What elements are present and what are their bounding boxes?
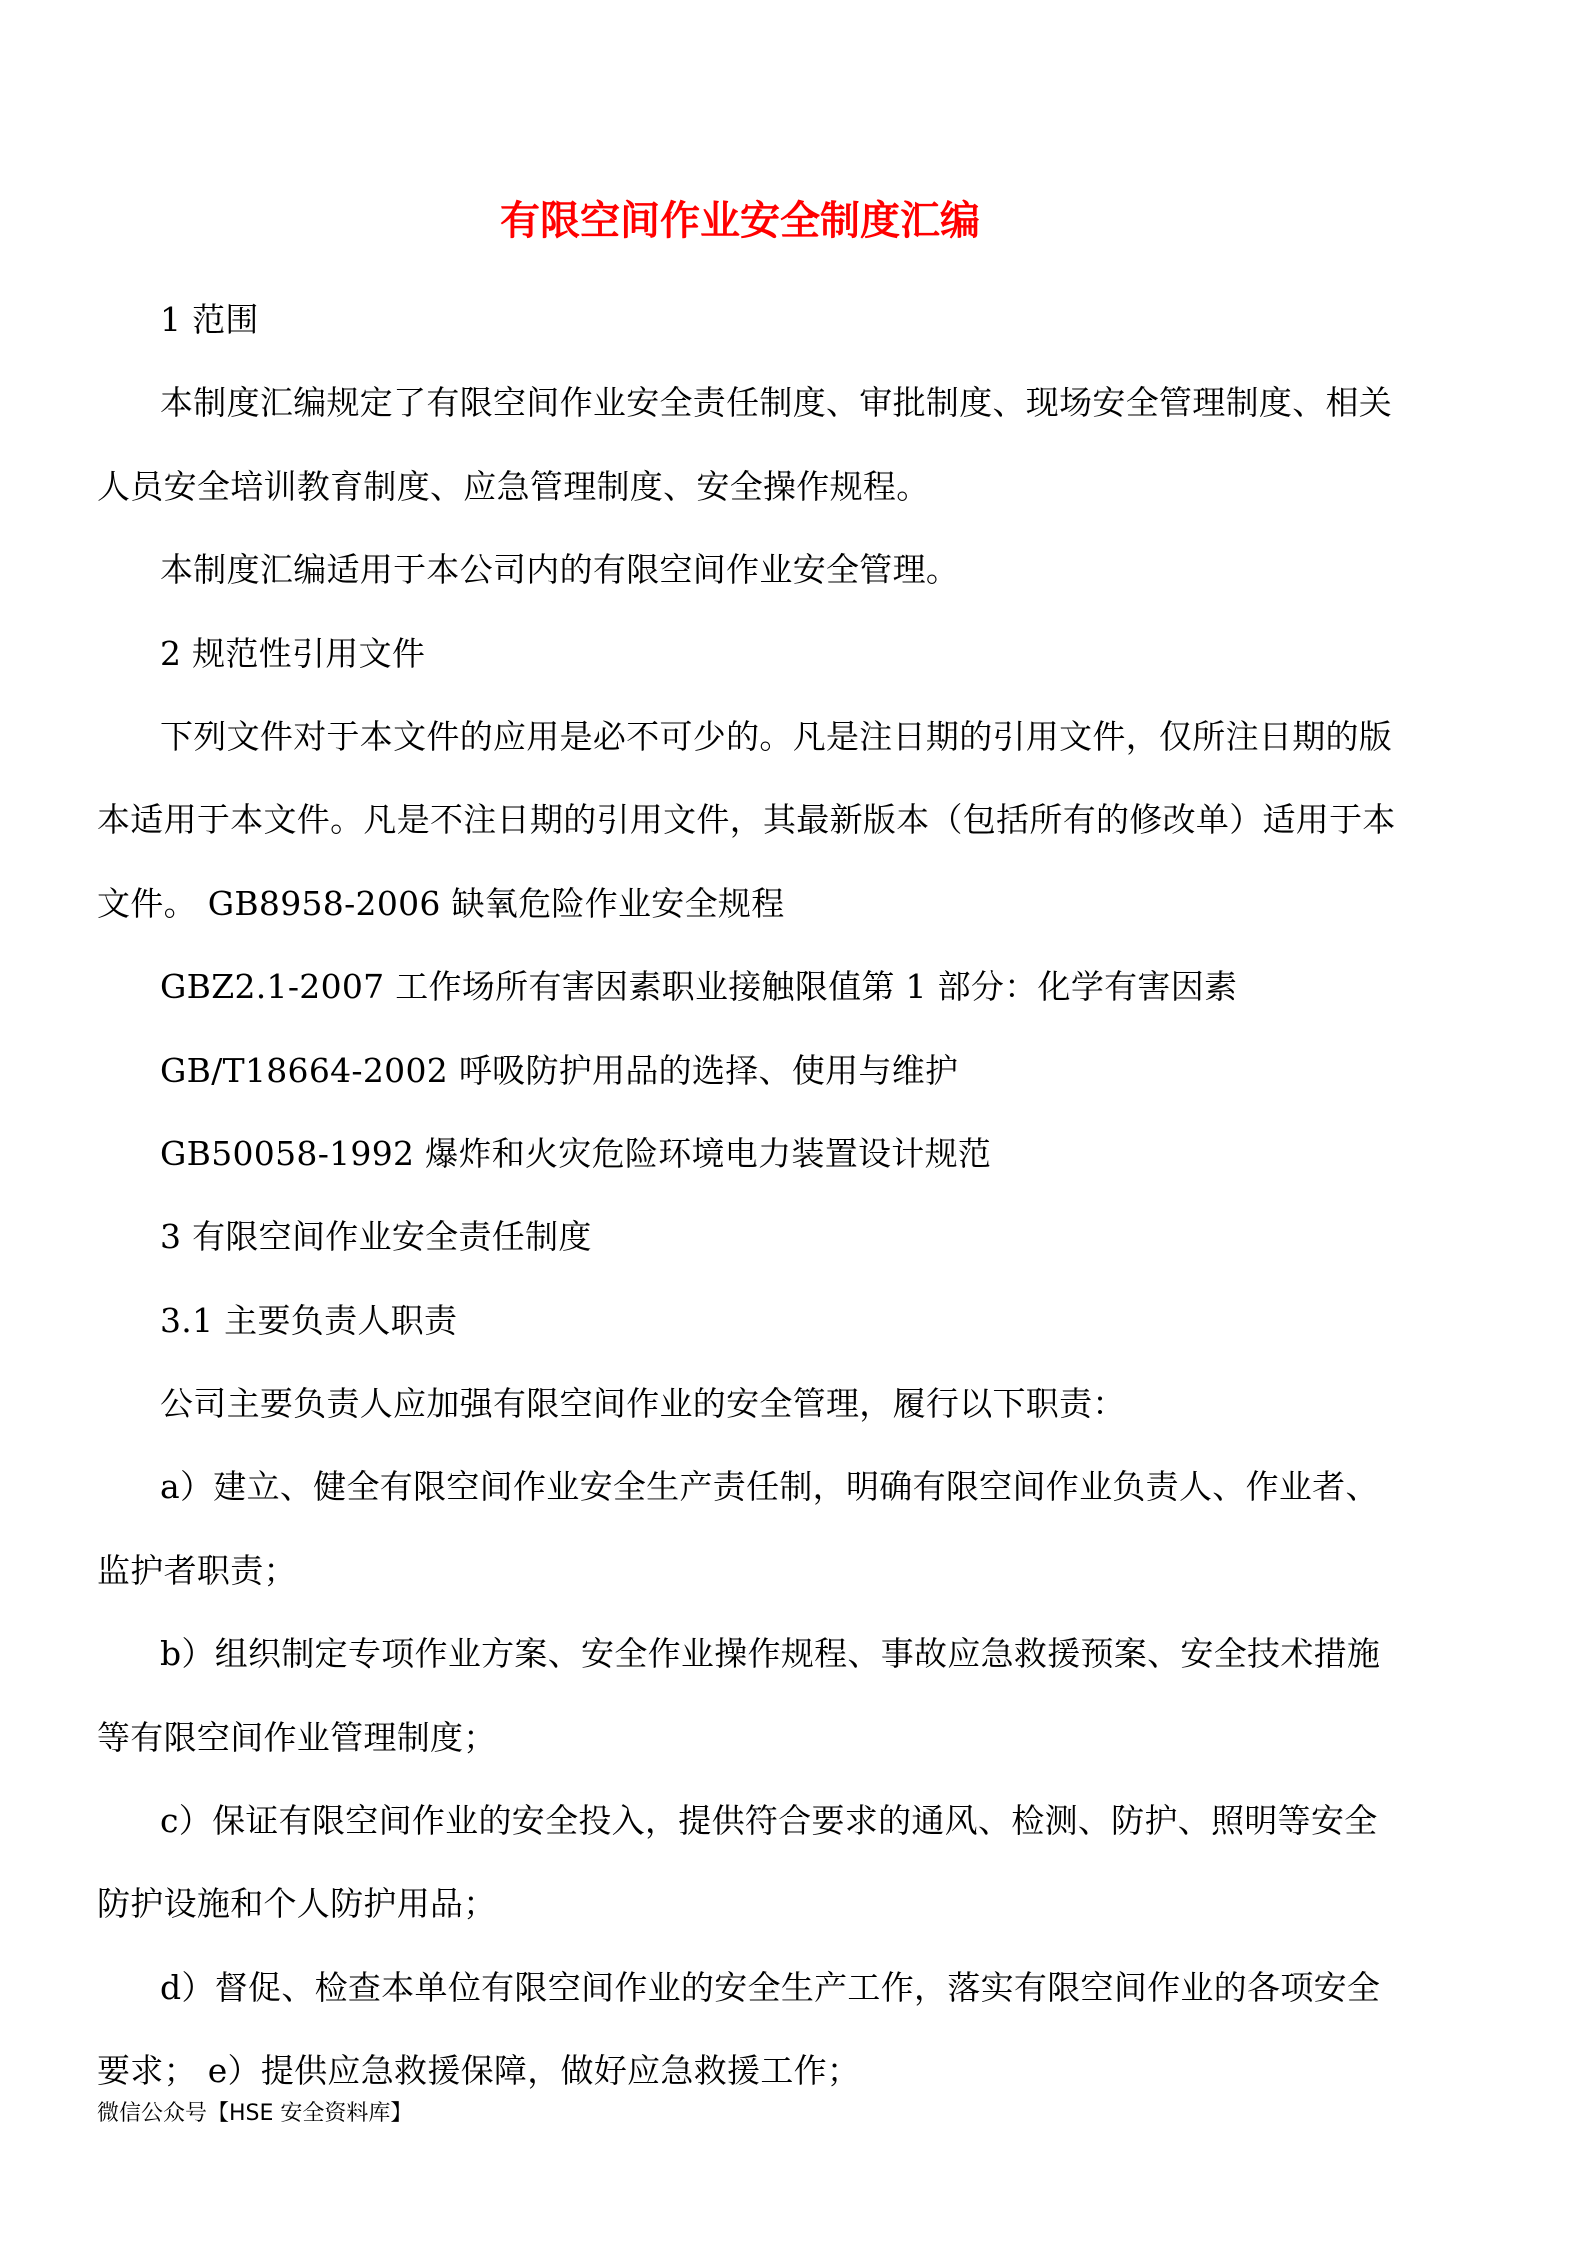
list-item-continuation: 防护设施和个人防护用品； (97, 1862, 1497, 1945)
list-item-c: c）保证有限空间作业的安全投入，提供符合要求的通风、检测、防护、照明等安全 (97, 1779, 1497, 1862)
reference-item: GB/T18664-2002 呼吸防护用品的选择、使用与维护 (97, 1029, 1497, 1112)
paragraph-line: 本制度汇编规定了有限空间作业安全责任制度、审批制度、现场安全管理制度、相关 (97, 361, 1497, 444)
document-page: 有限空间作业安全制度汇编 1 范围 本制度汇编规定了有限空间作业安全责任制度、审… (0, 0, 1587, 2245)
reference-item: GBZ2.1-2007 工作场所有害因素职业接触限值第 1 部分：化学有害因素 (97, 945, 1497, 1028)
list-item-continuation: 监护者职责； (97, 1529, 1497, 1612)
section-heading-scope: 1 范围 (97, 278, 1497, 361)
paragraph-line: 人员安全培训教育制度、应急管理制度、安全操作规程。 (97, 445, 1497, 528)
list-item-continuation: 等有限空间作业管理制度； (97, 1696, 1497, 1779)
document-title: 有限空间作业安全制度汇编 (0, 193, 1480, 249)
list-item-a: a）建立、健全有限空间作业安全生产责任制，明确有限空间作业负责人、作业者、 (97, 1445, 1497, 1528)
paragraph-line: 本制度汇编适用于本公司内的有限空间作业安全管理。 (97, 528, 1497, 611)
paragraph-line: 文件。 GB8958-2006 缺氧危险作业安全规程 (97, 862, 1497, 945)
section-heading-references: 2 规范性引用文件 (97, 612, 1497, 695)
subsection-heading: 3.1 主要负责人职责 (97, 1279, 1497, 1362)
document-body: 1 范围 本制度汇编规定了有限空间作业安全责任制度、审批制度、现场安全管理制度、… (97, 278, 1497, 2113)
section-heading-responsibility: 3 有限空间作业安全责任制度 (97, 1195, 1497, 1278)
paragraph-line: 下列文件对于本文件的应用是必不可少的。凡是注日期的引用文件，仅所注日期的版 (97, 695, 1497, 778)
footer-watermark: 微信公众号【HSE 安全资料库】 (97, 2098, 412, 2130)
paragraph-line: 公司主要负责人应加强有限空间作业的安全管理，履行以下职责： (97, 1362, 1497, 1445)
paragraph-line: 本适用于本文件。凡是不注日期的引用文件，其最新版本（包括所有的修改单）适用于本 (97, 778, 1497, 861)
reference-item: GB50058-1992 爆炸和火灾危险环境电力装置设计规范 (97, 1112, 1497, 1195)
list-item-b: b）组织制定专项作业方案、安全作业操作规程、事故应急救援预案、安全技术措施 (97, 1612, 1497, 1695)
list-item-d: d）督促、检查本单位有限空间作业的安全生产工作，落实有限空间作业的各项安全 (97, 1946, 1497, 2029)
